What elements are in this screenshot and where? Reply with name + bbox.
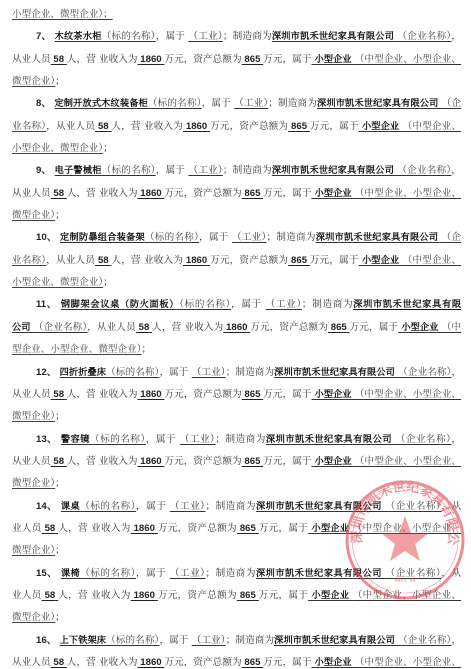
item-14-line-1: 14、 课桌（标的名称），属于 （工业）；制造商为深圳市凯禾世纪家具有限公司 （…: [12, 496, 461, 518]
item-13-line-2: 从业人员 58 人，营 业收入为 1860 万元，资产总额为 865 万元，属于…: [12, 451, 461, 473]
text-line: 小型企业、微型企业）；: [12, 4, 461, 26]
item-16-line-2: 从业人员 58 人，营 业收入为 1860 万元，资产总额为 865 万元，属于…: [12, 652, 461, 669]
item-8-line-2: 业名称），从业人员 58 人，营 业收入为 1860 万元，资产总额为 865 …: [12, 116, 461, 138]
item-11-line-2: 公司 （企业名称），从业人员 58 人，营 业收入为 1860 万元，资产总额为…: [12, 317, 461, 339]
item-10-line-3: 小型企业、微型企业）；: [12, 272, 461, 294]
item-12-line-3: 微型企业）；: [12, 406, 461, 428]
item-13-line-1: 13、 警容镜（标的名称），属于 （工业）；制造商为深圳市凯禾世纪家具有限公司 …: [12, 429, 461, 451]
item-9-line-2: 从业人员 58 人，营 业收入为 1860 万元，资产总额为 865 万元，属于…: [12, 183, 461, 205]
document-page: 小型企业、微型企业）； 7、 木纹茶水柜（标的名称），属于 （工业）；制造商为深…: [12, 4, 461, 669]
item-12-line-2: 从业人员 58 人，营 业收入为 1860 万元，资产总额为 865 万元，属于…: [12, 384, 461, 406]
item-14-line-3: 微型企业）；: [12, 540, 461, 562]
item-14-line-2: 业人员 58 人，营 业收入为 1860 万元，资产总额为 865 万元，属于 …: [12, 518, 461, 540]
item-12-line-1: 12、 四折折叠床（标的名称），属于 （工业）；制造商为深圳市凯禾世纪家具有限公…: [12, 362, 461, 384]
item-10-line-1: 10、 定制防暴组合装备架（标的名称），属于 （工业）；制造商为深圳市凯禾世纪家…: [12, 227, 461, 249]
item-11-line-3: 型企业、小型企业、微型企业）；: [12, 339, 461, 361]
item-16-line-1: 16、 上下铁架床（标的名称），属于 （工业）；制造商为深圳市凯禾世纪家具有限公…: [12, 630, 461, 652]
item-8-line-1: 8、 定制开放式木纹装备柜（标的名称），属于 （工业）；制造商为深圳市凯禾世纪家…: [12, 93, 461, 115]
item-15-line-3: 微型企业）；: [12, 607, 461, 629]
item-7-line-2: 从业人员 58 人，营 业收入为 1860 万元，资产总额为 865 万元，属于…: [12, 49, 461, 71]
item-9-line-3: 微型企业）；: [12, 205, 461, 227]
item-15-line-2: 业人员 58 人，营 业收入为 1860 万元，资产总额为 865 万元，属于 …: [12, 585, 461, 607]
item-11-line-1: 11、 钢脚架会议桌（防火面板）（标的名称），属于 （工业）；制造商为深圳市凯禾…: [12, 294, 461, 316]
item-7-line-3: 微型企业）；: [12, 71, 461, 93]
item-7-line-1: 7、 木纹茶水柜（标的名称），属于 （工业）；制造商为深圳市凯禾世纪家具有限公司…: [12, 26, 461, 48]
item-10-line-2: 业名称），从业人员 58 人，营 业收入为 1860 万元，资产总额为 865 …: [12, 250, 461, 272]
item-13-line-3: 微型企业）；: [12, 473, 461, 495]
item-8-line-3: 小型企业、微型企业）；: [12, 138, 461, 160]
item-9-line-1: 9、 电子警械柜（标的名称），属于 （工业）；制造商为深圳市凯禾世纪家具有限公司…: [12, 160, 461, 182]
item-name: 木纹茶水柜: [55, 31, 102, 42]
item-15-line-1: 15、 课椅（标的名称），属于 （工业）；制造商为深圳市凯禾世纪家具有限公司 （…: [12, 563, 461, 585]
